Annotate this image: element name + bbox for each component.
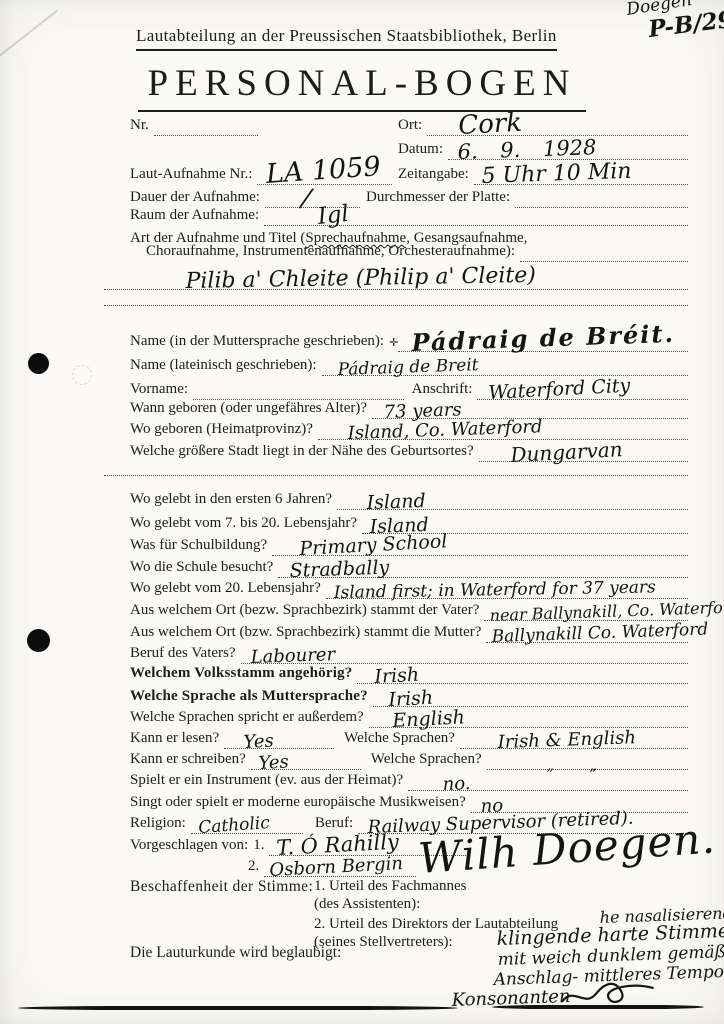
- dotted-line: Pádraig de Breit: [322, 355, 688, 376]
- scan-edge-line-left: [18, 1006, 458, 1010]
- dotted-line: Pádraig de Bréit.: [398, 327, 688, 352]
- field-muttersprache: Welche Sprache als Muttersprache? Irish: [130, 687, 688, 707]
- field-label: Zeitangabe:: [398, 167, 474, 185]
- field-schulbildung: Was für Schulbildung? Primary School: [130, 537, 688, 556]
- field-label: Laut-Aufnahme Nr.:: [130, 167, 257, 185]
- scan-edge-line-right: [492, 1005, 704, 1009]
- voice-urteil1-line1: 1. Urteil des Fachmannes: [314, 878, 466, 895]
- voice-label: Beschaffenheit der Stimme:: [130, 878, 313, 896]
- field-label: Welche größere Stadt liegt in der Nähe d…: [130, 444, 479, 462]
- field-vorgeschlagen-2: 2. Osborn Bergin: [248, 858, 416, 877]
- field-datum: Datum: 6. 9. 1928: [398, 140, 688, 160]
- certify-label: Die Lauturkunde wird beglaubigt:: [130, 944, 341, 962]
- field-label: Spielt er ein Instrument (ev. aus der He…: [130, 773, 408, 791]
- dotted-line: 6. 9. 1928: [448, 139, 688, 160]
- field-ort: Ort: Cork: [398, 116, 688, 136]
- field-label: Welche Sprachen?: [334, 731, 460, 749]
- handwritten-value: Island: [366, 492, 426, 513]
- handwritten-value: Cork: [458, 110, 523, 139]
- dotted-line: [154, 115, 258, 136]
- handwritten-value: Pádraig de Breit: [337, 357, 478, 379]
- dotted-line: 5 Uhr 10 Min: [474, 162, 688, 185]
- field-label: Religion:: [130, 816, 191, 834]
- field-label: Vorgeschlagen von:: [130, 838, 253, 856]
- field-herkunft-mutter: Aus welchem Ort (bzw. Sprachbezirk) stam…: [130, 624, 688, 643]
- handwritten-proposer-2: Osborn Bergin: [269, 855, 403, 880]
- handwritten-recording-title: Pilib a' Chleite (Philip a' Cleite): [185, 265, 536, 293]
- faint-circle-mark: [72, 365, 92, 385]
- field-label: Singt oder spielt er moderne europäische…: [130, 795, 471, 813]
- field-laut-aufnahme-nr: Laut-Aufnahme Nr.: LA 1059: [130, 163, 392, 185]
- handwritten-value: Dungarvan: [510, 439, 623, 465]
- handwritten-value: Island, Co. Waterford: [347, 418, 542, 443]
- form-title: PERSONAL-BOGEN: [138, 62, 587, 112]
- dotted-line: Ballynakill Co. Waterford: [486, 623, 688, 643]
- field-label: Vorname:: [130, 382, 193, 400]
- field-name-latein: Name (lateinisch geschrieben): Pádraig d…: [130, 356, 688, 376]
- field-label: Wo die Schule besucht?: [130, 560, 278, 578]
- field-beruf-vater: Beruf des Vaters? Labourer: [130, 645, 688, 664]
- field-label: Ort:: [398, 118, 427, 136]
- dotted-line: [104, 467, 688, 476]
- field-label: Wo geboren (Heimatprovinz)?: [130, 422, 318, 440]
- handwritten-value: 5 Uhr 10 Min: [481, 161, 632, 188]
- handwritten-value: Primary School: [299, 532, 448, 559]
- dotted-line: [520, 245, 688, 262]
- field-schule-ort: Wo die Schule besucht? Stradbally: [130, 559, 688, 578]
- dotted-line: Catholic: [191, 814, 303, 834]
- field-zeitangabe: Zeitangabe: 5 Uhr 10 Min: [398, 163, 688, 185]
- dotted-line: Primary School: [272, 536, 688, 556]
- handwritten-value: 6. 9. 1928: [457, 137, 597, 163]
- field-label: Datum:: [398, 142, 448, 160]
- field-label: Kann er schreiben?: [130, 752, 251, 770]
- field-herkunft-vater: Aus welchem Ort (bezw. Sprachbezirk) sta…: [130, 602, 688, 621]
- dotted-line: Pilib a' Chleite (Philip a' Cleite): [104, 267, 688, 290]
- dotted-line: Labourer: [241, 644, 688, 664]
- field-kann-lesen: Kann er lesen? Yes Welche Sprachen? Iris…: [130, 730, 688, 749]
- dotted-line: near Ballynakill, Co. Waterford: [484, 601, 688, 621]
- field-weitere-sprachen: Welche Sprachen spricht er außerdem? Eng…: [130, 709, 688, 728]
- field-label: Welche Sprachen?: [361, 752, 487, 770]
- field-label: Nr.: [130, 118, 154, 136]
- field-nr: Nr.: [130, 116, 258, 136]
- art-title-line: Pilib a' Chleite (Philip a' Cleite): [104, 268, 688, 290]
- field-label: Raum der Aufnahme:: [130, 208, 264, 226]
- handwritten-value: Irish: [374, 666, 420, 687]
- field-label: Name (in der Muttersprache geschrieben):: [130, 334, 389, 352]
- numeral: 2.: [248, 859, 264, 877]
- dotted-line: Yes: [251, 750, 361, 770]
- field-volksstamm: Welchem Volksstamm angehörig? Irish: [130, 665, 688, 684]
- handwritten-name-gaelic: Pádraig de Bréit.: [411, 322, 675, 355]
- handwritten-value: Yes: [258, 753, 289, 773]
- field-label: Anschrift:: [404, 382, 478, 400]
- field-label: Aus welchem Ort (bezw. Sprachbezirk) sta…: [130, 603, 484, 621]
- field-wann-geboren: Wann geboren (oder ungefähres Alter)? 73…: [130, 400, 688, 419]
- handwritten-value: Igl: [317, 203, 350, 229]
- dotted-line: Cork: [427, 115, 688, 136]
- blank-dotted-line: [104, 468, 688, 476]
- blank-dotted-line: [104, 298, 688, 306]
- dotted-line: Island first; in Waterford for 37 years: [326, 579, 688, 599]
- field-label: Welchem Volksstamm angehörig?: [130, 666, 357, 684]
- field-vorname-anschrift: Vorname: Anschrift: Waterford City: [130, 380, 688, 400]
- dotted-line: Igl: [264, 203, 688, 226]
- dotted-line: no.: [408, 771, 688, 791]
- field-gelebt-1-6: Wo gelebt in den ersten 6 Jahren? Island: [130, 491, 688, 510]
- dotted-line: Osborn Bergin: [264, 857, 416, 877]
- numeral: 1.: [253, 838, 269, 856]
- field-label: Kann er lesen?: [130, 731, 224, 749]
- field-label: Name (lateinisch geschrieben):: [130, 358, 322, 376]
- handwritten-value: no.: [442, 775, 470, 794]
- field-gelebt-ab-20: Wo gelebt vom 20. Lebensjahr? Island fir…: [130, 580, 688, 599]
- handwritten-value: LA 1059: [266, 153, 382, 188]
- field-naechste-stadt: Welche größere Stadt liegt in der Nähe d…: [130, 443, 688, 462]
- personal-bogen-document: Lautabteilung an der Preussischen Staats…: [0, 0, 724, 1024]
- field-label: Wann geboren (oder ungefähres Alter)?: [130, 401, 372, 419]
- art-label-line2: Choraufnahme, Instrumentenaufnahme, Orch…: [146, 246, 688, 262]
- field-label: Choraufnahme, Instrumentenaufnahme, Orch…: [146, 244, 520, 262]
- dotted-line: Irish & English: [460, 729, 688, 749]
- handwritten-value: Irish & English: [497, 729, 636, 752]
- dotted-line: English: [369, 708, 688, 728]
- handwritten-value: Irish: [388, 689, 434, 710]
- page-corner-fold: [0, 10, 58, 61]
- dotted-line: Island: [362, 514, 688, 534]
- institution-header: Lautabteilung an der Preussischen Staats…: [136, 26, 557, 51]
- field-label: Beruf des Vaters?: [130, 646, 241, 664]
- dotted-line: Irish: [357, 664, 688, 684]
- handwritten-value: Stradbally: [290, 559, 390, 581]
- dotted-line: Irish: [373, 686, 688, 707]
- field-raum: Raum der Aufnahme: Igl: [130, 204, 688, 226]
- field-label: Wo gelebt vom 20. Lebensjahr?: [130, 581, 326, 599]
- handwritten-value: Catholic: [198, 815, 271, 837]
- field-label: Wo gelebt vom 7. bis 20. Lebensjahr?: [130, 516, 362, 534]
- field-label: Aus welchem Ort (bzw. Sprachbezirk) stam…: [130, 625, 486, 643]
- field-gelebt-7-20: Wo gelebt vom 7. bis 20. Lebensjahr? Isl…: [130, 515, 688, 534]
- field-name-muttersprache: Name (in der Muttersprache geschrieben):…: [130, 328, 688, 352]
- dotted-line: „ „: [487, 750, 688, 770]
- field-label: Welche Sprachen spricht er außerdem?: [130, 710, 369, 728]
- dotted-line: Yes: [224, 729, 334, 749]
- handwritten-value: Ballynakill Co. Waterford: [492, 621, 709, 646]
- pen-mark: ✛: [389, 336, 398, 352]
- dotted-line: [193, 379, 404, 400]
- form-title-wrap: PERSONAL-BOGEN: [60, 62, 664, 112]
- field-instrument: Spielt er ein Instrument (ev. aus der He…: [130, 772, 688, 791]
- dotted-line: Island, Co. Waterford: [318, 420, 688, 440]
- field-label: Wo gelebt in den ersten 6 Jahren?: [130, 492, 337, 510]
- dotted-line: LA 1059: [257, 162, 392, 185]
- hole-punch-top: [28, 353, 49, 374]
- voice-urteil1-line2: (des Assistenten):: [314, 896, 420, 913]
- handwritten-value: Labourer: [250, 646, 335, 667]
- dotted-line: Island: [337, 490, 688, 510]
- dotted-line: Stradbally: [278, 558, 688, 578]
- hole-punch-bottom: [27, 629, 50, 652]
- dotted-line: Dungarvan: [479, 442, 688, 462]
- field-label: Was für Schulbildung?: [130, 538, 272, 556]
- field-label: Welche Sprache als Muttersprache?: [130, 689, 373, 707]
- dotted-line: [104, 297, 688, 306]
- handwritten-value: English: [392, 708, 465, 731]
- field-kann-schreiben: Kann er schreiben? Yes Welche Sprachen? …: [130, 751, 688, 770]
- handwritten-value: Island first; in Waterford for 37 years: [334, 579, 656, 602]
- dotted-line: Waterford City: [477, 379, 688, 400]
